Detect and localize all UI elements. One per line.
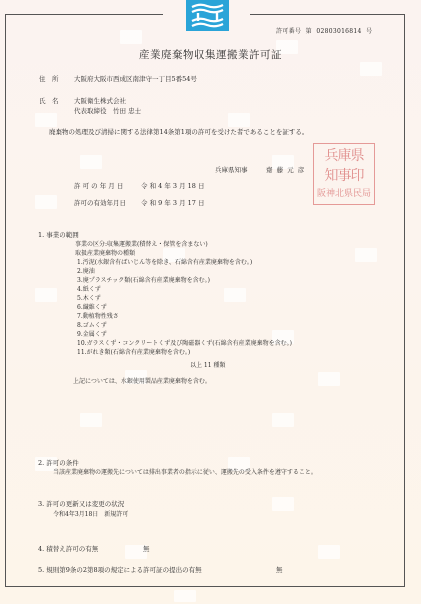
permit-number-label: 許可番号 [276,28,301,35]
section2-heading: 2. 許可の条件 [38,459,79,467]
hyogo-emblem-icon [186,0,229,31]
waste-type-item: 6.繊維くず [77,304,107,312]
waste-type-item: 10.ガラスくず・コンクリートくず及び陶磁器くず(石綿含有産業廃棄物を含む。) [77,340,292,348]
issuer-name: 齋 藤 元 彦 [266,166,305,174]
section1-heading: 1. 事業の範囲 [38,231,79,239]
waste-type-item: 8.ゴムくず [77,322,107,330]
waste-type-item: 2.廃油 [77,268,95,276]
certification-statement: 廃棄物の処理及び清掃に関する法律第14条第1項の許可を受けた者であることを証する… [49,128,308,136]
section3-text: 令和4年3月18日 新規許可 [53,511,128,519]
business-type: 事業の区分:収集運搬業(積替え・保管を含まない) [75,241,208,249]
waste-type-item: 5.木くず [77,295,101,303]
section3-heading: 3. 許可の更新又は変更の状況 [38,500,124,508]
waste-type-item: 4.紙くず [77,286,101,294]
document-title: 産業廃棄物収集運搬業許可証 [0,49,421,62]
address-label: 住 所 [39,75,59,83]
watermark-emblem [174,590,196,602]
issuer-title: 兵庫県知事 [215,166,248,174]
address-value: 大阪府大阪市西成区南津守一丁目5番54号 [74,75,197,83]
section4-value: 無 [143,545,150,553]
permit-number-prefix: 第 [306,28,312,35]
waste-type-item: 9.金属くず [77,331,107,339]
waste-types-total: 以上 11 種類 [190,362,225,370]
seal-line-1: 兵庫県 [325,148,364,164]
section5-heading: 5. 規則第9条の2第8項の規定による許可証の提出の有無 [38,566,202,574]
seal-line-3: 阪神北県民局 [317,189,371,200]
waste-types-heading: 取扱産業廃棄物の種類 [75,250,135,258]
company-name: 大阪衛生株式会社 [74,97,126,105]
waste-type-item: 1.汚泥(水銀含有ばいじん等を除き、石綿含有産業廃棄物を含む。) [77,259,252,267]
expiry-date-value: 令 和 9 年 3 月 17 日 [141,199,205,207]
section4-heading: 4. 積替え許可の有無 [38,545,98,553]
section2-text: 当該産業廃棄物の運搬先については排出事業者の指示に従い、運搬先の受入条件を遵守す… [53,469,317,477]
permit-number: 許可番号 第 02803016814 号 [276,28,372,36]
seal-line-2: 知事印 [325,168,364,184]
waste-type-item: 7.動植物性残さ [77,313,119,321]
issue-date-label: 許 可 の 年 月 日 [74,182,123,190]
name-label: 氏 名 [39,97,59,105]
permit-number-suffix: 号 [366,28,372,35]
official-seal: 兵庫県 知事印 阪神北県民局 [313,143,375,205]
issue-date-value: 令 和 4 年 3 月 18 日 [141,182,205,190]
representative-name: 代表取締役 竹田 忠士 [74,107,141,115]
section5-value: 無 [276,566,283,574]
expiry-date-label: 許可の有効年月日 [74,199,126,207]
waste-type-item: 3.廃プラスチック類(石綿含有産業廃棄物を含む。) [77,277,210,285]
permit-number-value: 02803016814 [316,28,361,35]
waste-type-item: 11.がれき類(石綿含有産業廃棄物を含む。) [77,349,190,357]
mercury-note: 上記については、水銀使用製品産業廃棄物を含む。 [73,378,211,386]
